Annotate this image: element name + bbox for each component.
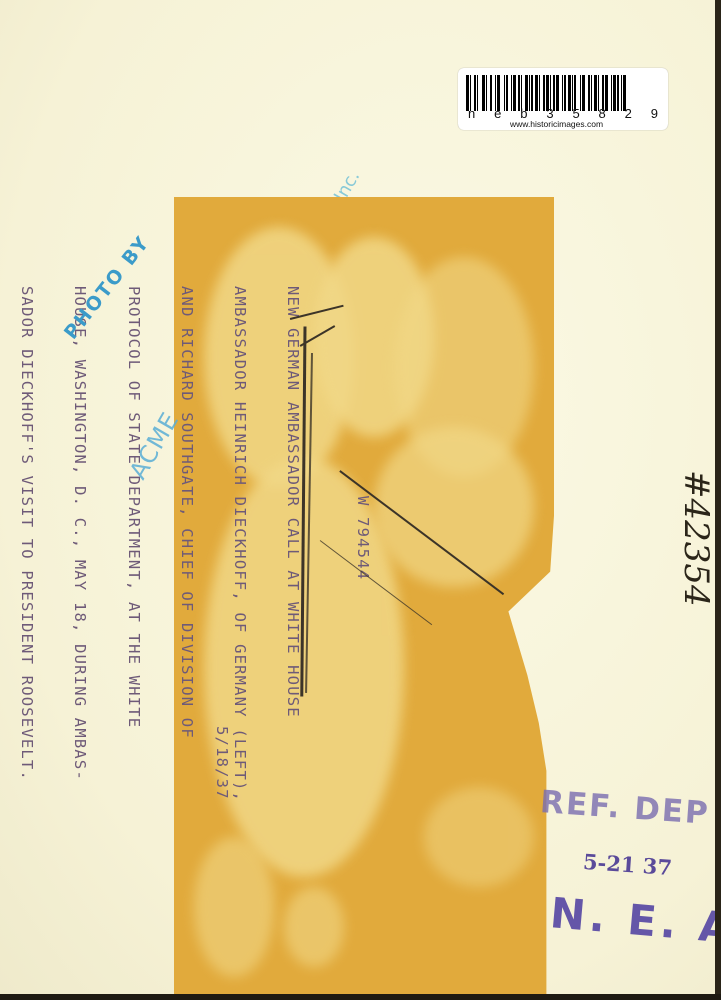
scan-edge-right [715, 0, 721, 1000]
caption-text-block: W 794544 NEW GERMAN AMBASSADOR CALL AT W… [211, 286, 371, 916]
caption-date: 5/18/37 [212, 726, 230, 800]
barcode-digit: n [468, 106, 475, 121]
caption-line: AND RICHARD SOUTHGATE, CHIEF OF DIVISION… [177, 286, 195, 916]
caption-line: PROTOCOL OF STATE DEPARTMENT, AT THE WHI… [124, 286, 142, 916]
handwritten-file-number: #42354 [676, 470, 716, 607]
barcode-digit: 9 [651, 106, 658, 121]
caption-line: SADOR DIECKHOFF'S VISIT TO PRESIDENT ROO… [18, 286, 36, 916]
barcode-url: www.historicimages.com [508, 119, 605, 129]
caption-line: AMBASSADOR HEINRICH DIECKHOFF, OF GERMAN… [230, 286, 248, 916]
barcode-sticker: n e b 3 5 8 2 9 www.historicimages.com [458, 68, 668, 130]
barcode-digit: 2 [625, 106, 632, 121]
caption-line: NEW GERMAN AMBASSADOR CALL AT WHITE HOUS… [283, 286, 301, 916]
scan-edge-bottom [0, 994, 721, 1000]
barcode-digit: e [494, 106, 501, 121]
caption-line: HOUSE, WASHINGTON, D. C., MAY 18, DURING… [71, 286, 89, 916]
